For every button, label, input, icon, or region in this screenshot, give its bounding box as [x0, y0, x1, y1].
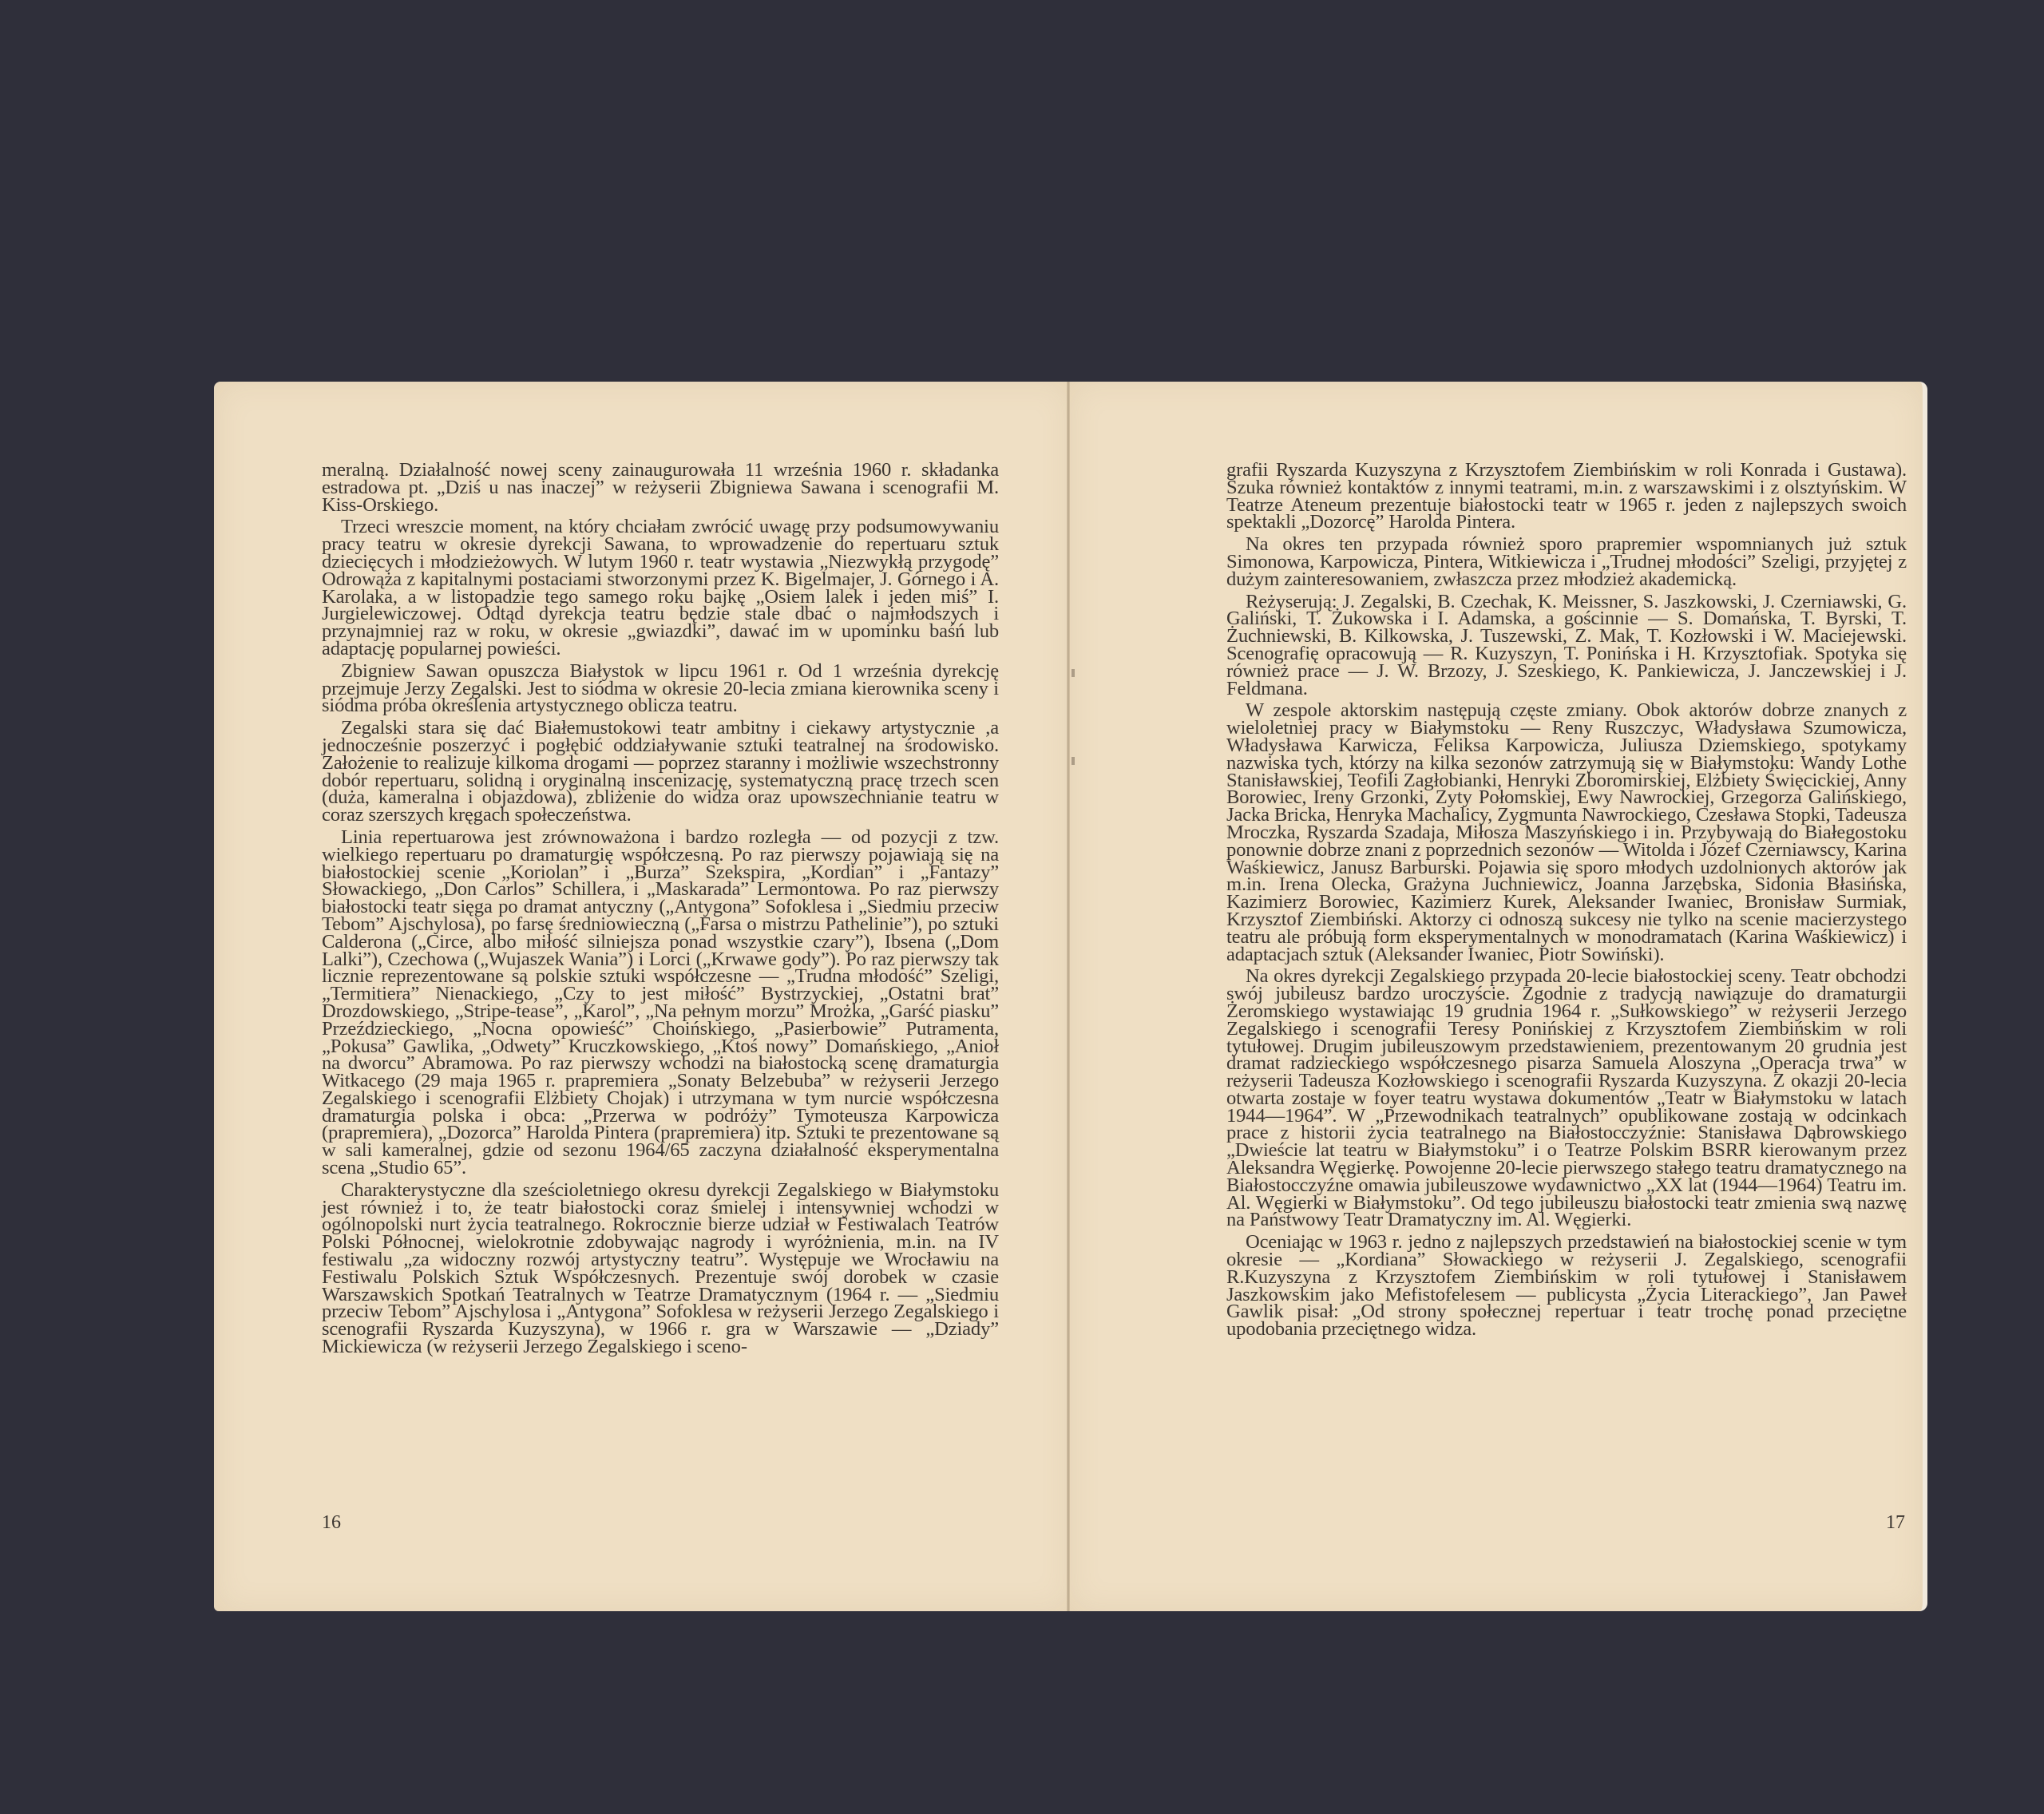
paragraph: Trzeci wreszcie moment, na który chciała…: [322, 518, 999, 657]
right-page-text-column: grafii Ryszarda Kuzyszyna z Krzysztofem …: [1226, 461, 1907, 1343]
paragraph: Linia repertuarowa jest zrównoważona i b…: [322, 829, 999, 1177]
binding-mark: [1072, 669, 1075, 677]
page-number: 16: [322, 1512, 341, 1534]
right-page: grafii Ryszarda Kuzyszyna z Krzysztofem …: [1070, 382, 1927, 1611]
paragraph: Zegalski stara się dać Białemustokowi te…: [322, 719, 999, 824]
paragraph: Zbigniew Sawan opuszcza Białystok w lipc…: [322, 663, 999, 715]
paragraph: meralną. Działalność nowej sceny zainaug…: [322, 461, 999, 513]
paragraph: grafii Ryszarda Kuzyszyna z Krzysztofem …: [1226, 461, 1907, 531]
paragraph: W zespole aktorskim następują częste zmi…: [1226, 702, 1907, 963]
page-number: 17: [1886, 1512, 1905, 1534]
paragraph: Charakterystyczne dla sześcioletniego ok…: [322, 1182, 999, 1356]
paragraph: Na okres dyrekcji Zegalskiego przypada 2…: [1226, 968, 1907, 1229]
open-booklet-spread: meralną. Działalność nowej sceny zainaug…: [214, 382, 1923, 1611]
binding-mark: [1072, 757, 1075, 765]
paragraph: Na okres ten przypada również sporo prap…: [1226, 536, 1907, 588]
left-page-text-column: meralną. Działalność nowej sceny zainaug…: [322, 461, 999, 1360]
left-page: meralną. Działalność nowej sceny zainaug…: [214, 382, 1071, 1611]
paragraph: Oceniając w 1963 r. jedno z najlepszych …: [1226, 1234, 1907, 1338]
paragraph: Reżyserują: J. Zegalski, B. Czechak, K. …: [1226, 593, 1907, 698]
